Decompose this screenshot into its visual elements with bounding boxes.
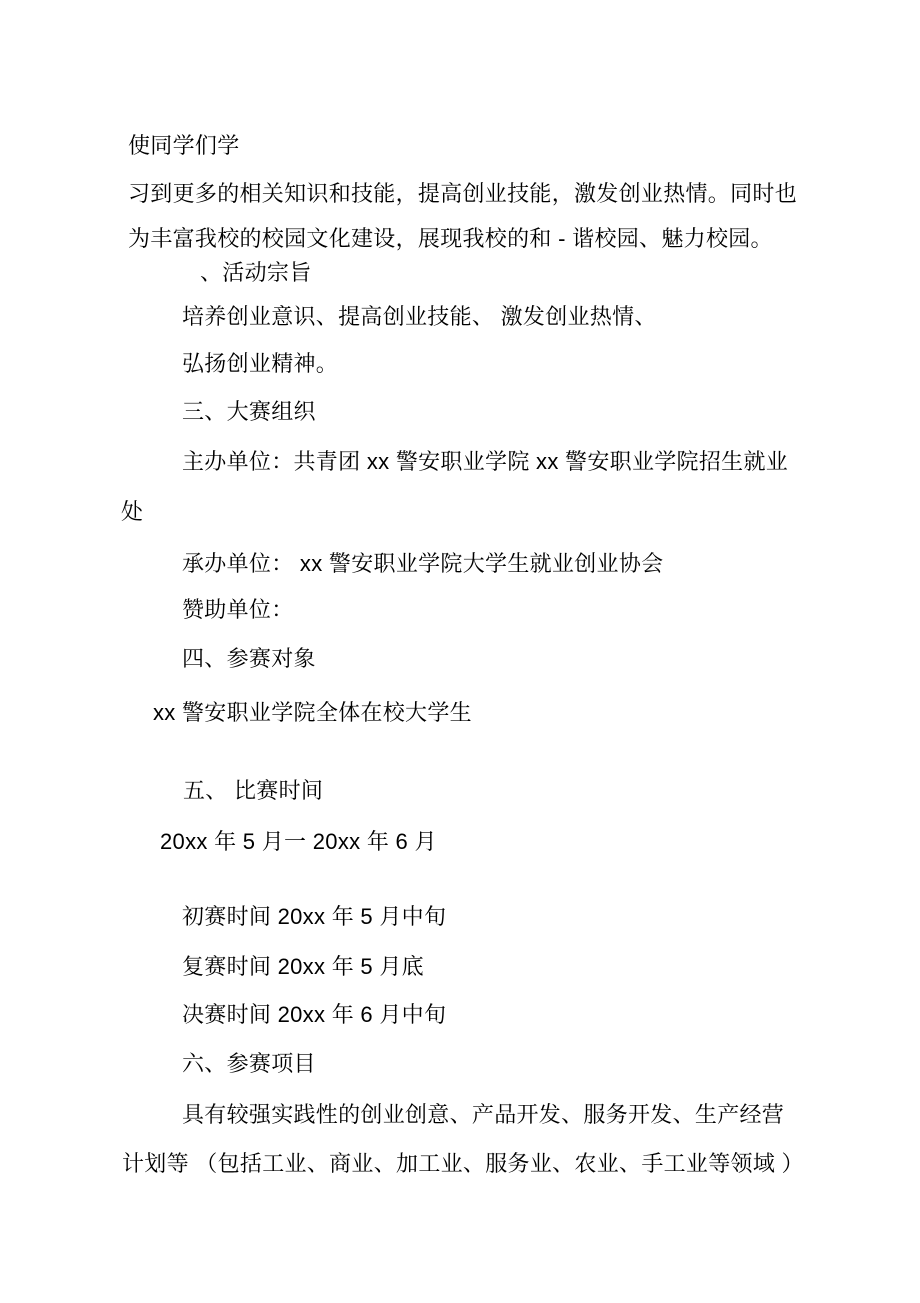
- doc-section-heading: 四、参赛对象: [182, 647, 316, 671]
- doc-text-line: 复赛时间 20xx 年 5 月底: [182, 955, 424, 979]
- doc-text-line: 赞助单位：: [182, 598, 294, 622]
- doc-section-heading: 三、大赛组织: [182, 400, 316, 424]
- doc-text-line: 具有较强实践性的创业创意、产品开发、服务开发、生产经营: [182, 1103, 784, 1127]
- doc-text-line: 计划等 （包括工业、商业、加工业、服务业、农业、手工业等领域 ）: [122, 1152, 804, 1176]
- doc-text-line: 培养创业意识、提高创业技能、 激发创业热情、: [182, 305, 657, 329]
- doc-text-line: 为丰富我校的校园文化建设，展现我校的和 - 谐校园、魅力校园。: [128, 227, 773, 251]
- doc-text-line: 初赛时间 20xx 年 5 月中旬: [182, 905, 446, 929]
- doc-text-line: 、活动宗旨: [200, 261, 312, 285]
- doc-text-line: 使同学们学: [128, 134, 240, 158]
- doc-text-line: 主办单位：共青团 xx 警安职业学院 xx 警安职业学院招生就业: [182, 450, 788, 474]
- doc-text-line: 20xx 年 5 月一 20xx 年 6 月: [160, 830, 437, 854]
- doc-section-heading: 五、 比赛时间: [183, 779, 323, 803]
- doc-text-line: xx 警安职业学院全体在校大学生: [153, 701, 472, 725]
- doc-section-heading: 六、参赛项目: [182, 1052, 316, 1076]
- doc-text-line: 承办单位： xx 警安职业学院大学生就业创业协会: [182, 552, 663, 576]
- doc-text-line: 处: [121, 500, 143, 524]
- doc-text-line: 决赛时间 20xx 年 6 月中旬: [182, 1003, 446, 1027]
- document-page: 使同学们学 习到更多的相关知识和技能，提高创业技能，激发创业热情。同时也 为丰富…: [0, 0, 920, 1303]
- doc-text-line: 习到更多的相关知识和技能，提高创业技能，激发创业热情。同时也: [128, 182, 797, 206]
- doc-text-line: 弘扬创业精神。: [182, 352, 338, 376]
